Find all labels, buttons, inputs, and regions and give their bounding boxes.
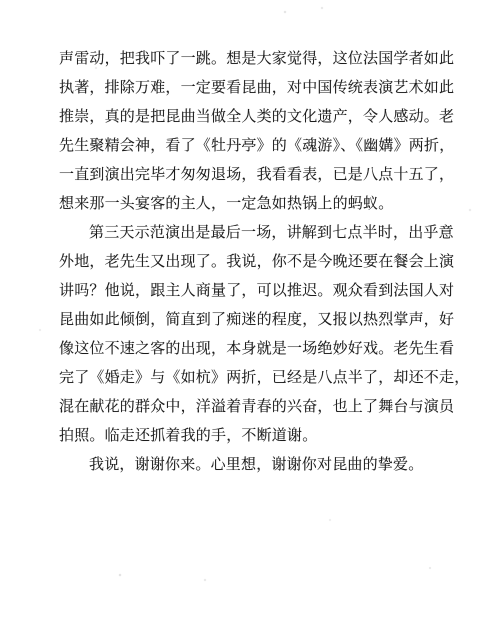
text-line-12: 完了《婚走》与《如杭》两折，已经是八点半了，却还不走， [59, 363, 444, 392]
text-line-13: 混在献花的群众中，洋溢着青春的兴奋，也上了舞台与演员 [59, 392, 444, 421]
text-line-3: 推崇，真的是把昆曲当做全人类的文化遗产，令人感动。老 [59, 102, 444, 131]
text-line-1: 声雷动，把我吓了一跳。想是大家觉得，这位法国学者如此 [59, 44, 444, 73]
text-line-10: 昆曲如此倾倒，简直到了痴迷的程度，又报以热烈掌声，好 [59, 305, 444, 334]
text-line-9: 讲吗？他说，跟主人商量了，可以推迟。观众看到法国人对 [59, 276, 444, 305]
body-text: 声雷动，把我吓了一跳。想是大家觉得，这位法国学者如此 执著，排除万难，一定要看昆… [59, 44, 444, 479]
text-line-8: 外地，老先生又出现了。我说，你不是今晚还要在餐会上演 [59, 247, 444, 276]
text-line-6: 想来那一头宴客的主人，一定急如热锅上的蚂蚁。 [59, 189, 444, 218]
text-line-4: 先生聚精会神，看了《牡丹亭》的《魂游》、《幽媾》两折， [59, 131, 444, 160]
text-line-5: 一直到演出完毕才匆匆退场，我看看表，已是八点十五了， [59, 160, 444, 189]
scanned-book-page: 声雷动，把我吓了一跳。想是大家觉得，这位法国学者如此 执著，排除万难，一定要看昆… [0, 0, 500, 617]
text-line-15: 我说，谢谢你来。心里想，谢谢你对昆曲的挚爱。 [59, 450, 444, 479]
text-line-14: 拍照。临走还抓着我的手，不断道谢。 [59, 421, 444, 450]
text-line-2: 执著，排除万难，一定要看昆曲，对中国传统表演艺术如此 [59, 73, 444, 102]
text-line-7: 第三天示范演出是最后一场，讲解到七点半时，出乎意 [59, 218, 444, 247]
text-line-11: 像这位不速之客的出现，本身就是一场绝妙好戏。老先生看 [59, 334, 444, 363]
